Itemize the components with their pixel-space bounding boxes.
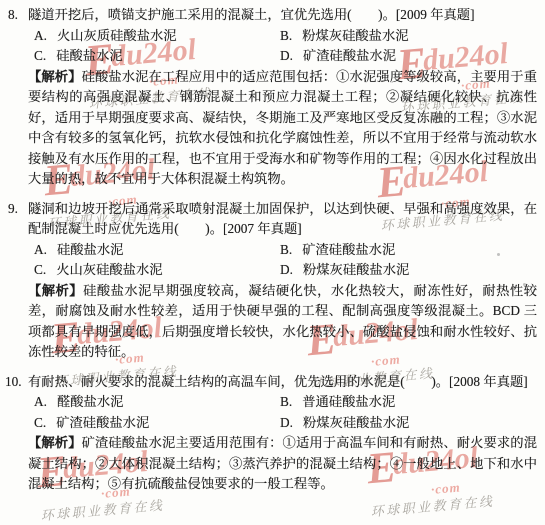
option-label: A. — [34, 394, 47, 409]
question-10: 10. 有耐热、耐火要求的混凝土结构的高温车间，优先选用的水泥是( )。[200… — [8, 372, 537, 495]
analysis-text: 矿渣硅酸盐水泥主要适用范围有：①适用于高温车间和有耐热、耐火要求的混凝土结构；②… — [28, 435, 537, 491]
question-stem: 隧洞和边坡开挖后通常采取喷射混凝土加固保护，以达到快硬、早强和高强度效果，在配制… — [28, 199, 537, 240]
option-a: A.醛酸盐水泥 — [28, 392, 274, 413]
analysis-tag: 【解析】 — [28, 69, 82, 84]
question-9: 9. 隧洞和边坡开挖后通常采取喷射混凝土加固保护，以达到快硬、早强和高强度效果，… — [8, 199, 537, 363]
options-grid: A.醛酸盐水泥 B.普通硅酸盐水泥 C.矿渣硅酸盐水泥 D.粉煤灰硅酸盐水泥 — [28, 392, 537, 433]
option-text: 粉煤灰硅酸盐水泥 — [303, 415, 409, 430]
option-text: 粉煤灰硅酸盐水泥 — [302, 28, 408, 43]
option-text: 火山灰硅酸盐水泥 — [56, 262, 162, 277]
option-a: A.硅酸盐水泥 — [28, 240, 274, 261]
analysis-text: 硅酸盐水泥早期强度较高，凝结硬化快，水化热较大，耐冻性好，耐热性较差，耐腐蚀及耐… — [28, 283, 537, 360]
option-b: B.矿渣硅酸盐水泥 — [274, 240, 537, 261]
scan-speck — [345, 12, 347, 14]
option-c: C.硅酸盐水泥 — [28, 46, 274, 67]
question-stem: 有耐热、耐火要求的混凝土结构的高温车间，优先选用的水泥是( )。[2008 年真… — [28, 372, 537, 393]
option-text: 粉煤灰硅酸盐水泥 — [303, 262, 409, 277]
option-b: B.普通硅酸盐水泥 — [274, 392, 537, 413]
analysis: 【解析】硅酸盐水泥早期强度较高，凝结硬化快，水化热较大，耐冻性好，耐热性较差，耐… — [28, 281, 537, 363]
option-label: C. — [34, 48, 46, 63]
analysis: 【解析】矿渣硅酸盐水泥主要适用范围有：①适用于高温车间和有耐热、耐火要求的混凝土… — [28, 433, 537, 495]
option-text: 火山灰质硅酸盐水泥 — [57, 28, 177, 43]
option-c: C.火山灰硅酸盐水泥 — [28, 260, 274, 281]
option-label: A. — [34, 242, 47, 257]
option-text: 普通硅酸盐水泥 — [302, 394, 395, 409]
question-number: 9. — [8, 199, 18, 220]
options-grid: A.火山灰质硅酸盐水泥 B.粉煤灰硅酸盐水泥 C.硅酸盐水泥 D.矿渣硅酸盐水泥 — [28, 26, 537, 67]
option-label: B. — [280, 242, 292, 257]
scan-speck — [497, 253, 500, 256]
option-label: C. — [34, 415, 46, 430]
option-label: C. — [34, 262, 46, 277]
option-label: B. — [280, 28, 292, 43]
page-content: 8. 隧道开挖后，喷锚支护施工采用的混凝土，宜优先选用( )。[2009 年真题… — [8, 5, 537, 504]
question-number: 10. — [5, 372, 22, 393]
option-label: A. — [34, 28, 47, 43]
option-label: D. — [280, 48, 293, 63]
option-a: A.火山灰质硅酸盐水泥 — [28, 26, 274, 47]
option-text: 硅酸盐水泥 — [56, 48, 122, 63]
scanned-exam-page: Edu24ol ·com 环球职业教育在线 Edu24ol ·com 环球职业教… — [0, 0, 545, 525]
option-d: D.粉煤灰硅酸盐水泥 — [274, 260, 537, 281]
analysis-text: 硅酸盐水泥在工程应用中的适应范围包括：①水泥强度等级较高，主要用于重要结构的高强… — [28, 69, 537, 187]
question-8: 8. 隧道开挖后，喷锚支护施工采用的混凝土，宜优先选用( )。[2009 年真题… — [8, 5, 537, 190]
analysis-tag: 【解析】 — [28, 283, 83, 298]
option-label: D. — [280, 262, 293, 277]
option-d: D.矿渣硅酸盐水泥 — [274, 46, 537, 67]
options-grid: A.硅酸盐水泥 B.矿渣硅酸盐水泥 C.火山灰硅酸盐水泥 D.粉煤灰硅酸盐水泥 — [28, 240, 537, 281]
analysis-tag: 【解析】 — [28, 435, 82, 450]
option-b: B.粉煤灰硅酸盐水泥 — [274, 26, 537, 47]
scan-speck — [300, 375, 302, 377]
option-d: D.粉煤灰硅酸盐水泥 — [274, 413, 537, 434]
option-text: 硅酸盐水泥 — [57, 242, 123, 257]
option-c: C.矿渣硅酸盐水泥 — [28, 413, 274, 434]
option-text: 矿渣硅酸盐水泥 — [56, 415, 149, 430]
option-label: D. — [280, 415, 293, 430]
question-number: 8. — [8, 5, 18, 26]
analysis: 【解析】硅酸盐水泥在工程应用中的适应范围包括：①水泥强度等级较高，主要用于重要结… — [28, 67, 537, 190]
option-text: 醛酸盐水泥 — [57, 394, 123, 409]
question-stem: 隧道开挖后，喷锚支护施工采用的混凝土，宜优先选用( )。[2009 年真题] — [28, 5, 537, 26]
scan-speck — [523, 283, 526, 286]
option-text: 矿渣硅酸盐水泥 — [303, 48, 396, 63]
option-label: B. — [280, 394, 292, 409]
option-text: 矿渣硅酸盐水泥 — [302, 242, 395, 257]
